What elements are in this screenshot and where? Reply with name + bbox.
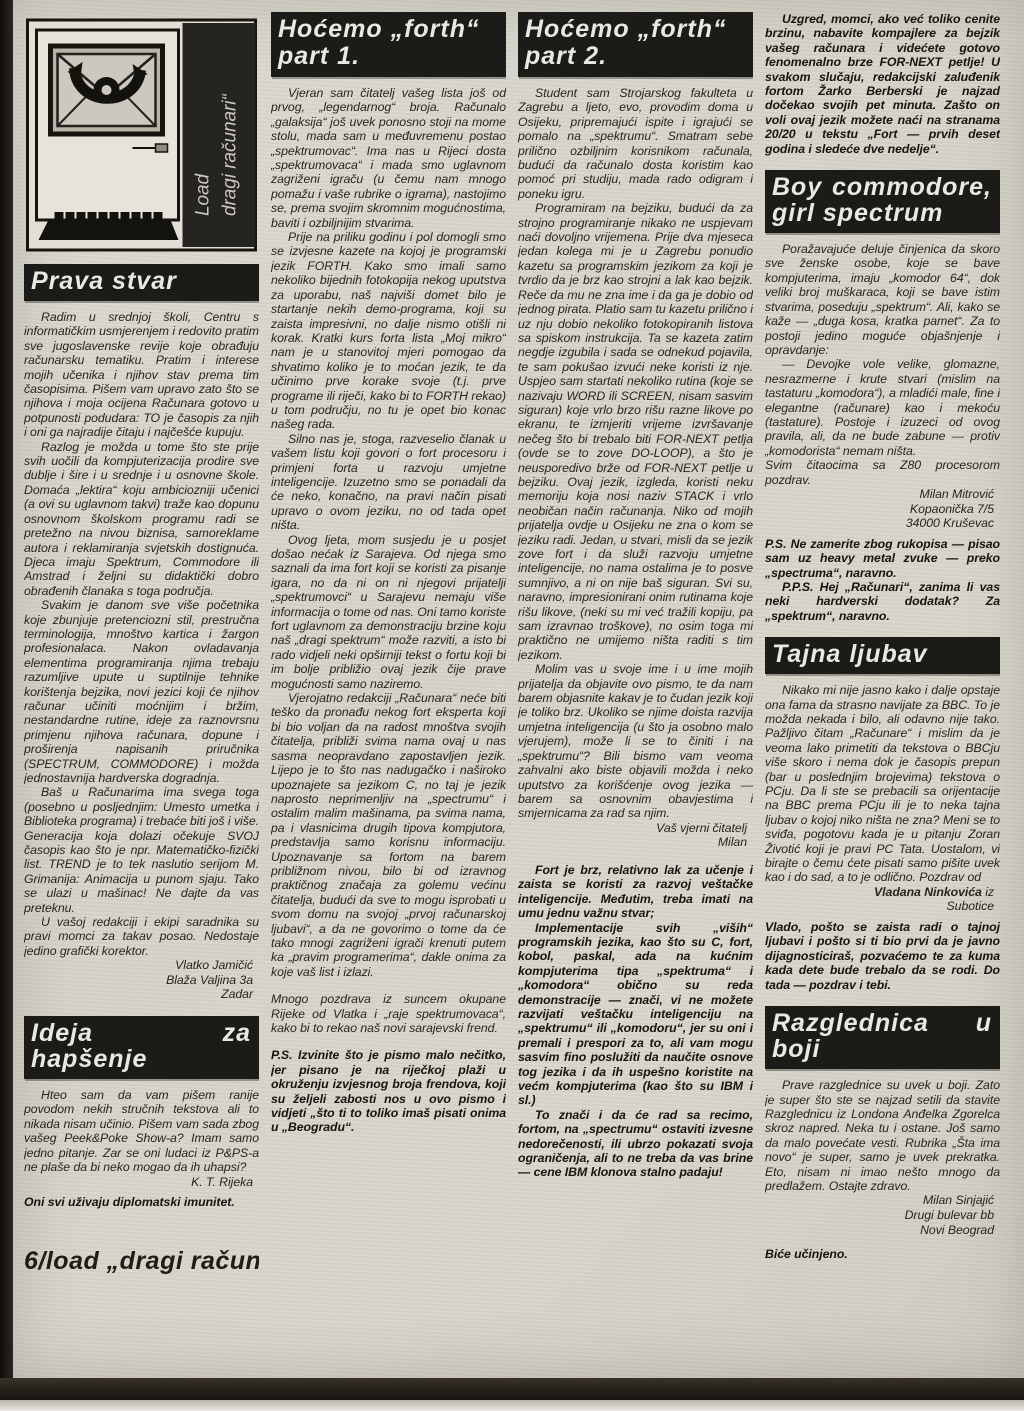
paragraph: Mnogo pozdrava iz suncem okupane Rijeke … (271, 992, 506, 1035)
postscript: P.S. Ne zamerite zbog rukopisa — pisao s… (765, 537, 1000, 580)
paragraph: Hteo sam da vam pišem ranije povodom nek… (24, 1088, 259, 1174)
column-1: Load dragi računari“ (24, 12, 259, 1368)
headline-boy-commodore-girl-spectrum: Boy commodore, girl spectrum (765, 170, 1000, 233)
signature-line: Blaža Valjina 3a (24, 973, 253, 988)
paragraph: Radim u srednjoj školi, Centru s informa… (24, 310, 259, 440)
illustration-caption-line2: dragi računari“ (220, 93, 241, 216)
editor-intro: Uzgred, momci, ako već toliko cenite brz… (765, 12, 1000, 156)
paragraph: Molim vas u svoje ime i u ime mojih prij… (518, 662, 753, 820)
paragraph: Nikako mi nije jasno kako i dalje opstaj… (765, 683, 1000, 885)
editor-reply: Vlado, pošto se zaista radi o tajnoj lju… (765, 920, 1000, 992)
signature-block: Milan Mitrović Kopaonička 7/5 34000 Kruš… (765, 487, 1000, 531)
illustration-caption-line1: Load (193, 172, 214, 216)
signature-line: Vaš vjerni čitatelj (518, 821, 747, 836)
headline-hocemo-forth-part-1: Hoćemo „forth“ part 1. (271, 12, 506, 77)
paragraph: Vjerojatno redakciji „Računara“ neće bit… (271, 691, 506, 979)
scan-light-strip-bottom (0, 1400, 1024, 1411)
paragraph: Svim čitaocima sa Z80 procesorom pozdrav… (765, 458, 1000, 487)
signature-block: Vlatko Jamičić Blaža Valjina 3a Zadar (24, 958, 259, 1002)
headline-line: Hoćemo „forth“ (278, 16, 498, 43)
magazine-page-scan: { "illustration": { "caption_line1": "Lo… (0, 0, 1024, 1411)
signature-line: Vladana Ninkovića iz (765, 885, 994, 900)
signature-suffix: iz (982, 885, 994, 899)
paragraph: Student sam Strojarskog fakulteta u Zagr… (518, 86, 753, 201)
headline-line: part 2. (525, 43, 745, 70)
signature-line: Kopaonička 7/5 (765, 502, 994, 517)
column-4: Uzgred, momci, ako već toliko cenite brz… (765, 12, 1000, 1368)
signature-line: Subotice (765, 899, 994, 914)
letters-page-columns: Load dragi računari“ (24, 12, 1000, 1368)
headline-line: part 1. (278, 43, 498, 70)
signature-block: Vladana Ninkovića iz Subotice (765, 885, 1000, 914)
paragraph: Svakim je danom sve više početnika koje … (24, 598, 259, 785)
signature-block: Milan Sinjajić Drugi bulevar bb Novi Beo… (765, 1193, 1000, 1237)
headline-prava-stvar: Prava stvar (24, 264, 259, 301)
editor-reply: To znači i da će rad sa recimo, fortom, … (518, 1108, 753, 1180)
column-3: Hoćemo „forth“ part 2. Student sam Stroj… (518, 12, 753, 1368)
scan-dark-edge-bottom (0, 1378, 1024, 1400)
paragraph: Prave razglednice su uvek u boji. Zato j… (765, 1078, 1000, 1193)
paragraph: Programiram na bejziku, budući da za str… (518, 201, 753, 662)
signature-line: Milan Sinjajić (765, 1193, 994, 1208)
headline-tajna-ljubav: Tajna ljubav (765, 637, 1000, 674)
signature-line: Novi Beograd (765, 1223, 994, 1238)
paragraph: Razlog je možda u tome što ste prije svi… (24, 440, 259, 598)
scan-dark-edge-left (0, 0, 13, 1392)
postscript: P.S. Izvinite što je pismo malo nečitko,… (271, 1048, 506, 1134)
postscript: P.P.S. Hej „Računari“, zanima li vas nek… (765, 580, 1000, 623)
paragraph: Silno nas je, stoga, razveselio članak u… (271, 432, 506, 533)
signature-line: Milan Mitrović (765, 487, 994, 502)
paragraph: Vjeran sam čitatelj vašeg lista još od p… (271, 86, 506, 230)
computer-illustration: Load dragi računari“ (24, 16, 259, 254)
editor-reply: Oni svi uživaju diplomatski imunitet. (24, 1195, 259, 1209)
signature-line: Vlatko Jamičić (24, 958, 253, 973)
headline-ideja-za-hapsenje: Ideja za hapšenje (24, 1016, 259, 1079)
signature-name: Vladana Ninkovića (874, 885, 982, 899)
paragraph: Prije na priliku godinu i pol domogli sm… (271, 230, 506, 432)
signature-block: Vaš vjerni čitatelj Milan (518, 821, 753, 850)
editor-reply: Biće učinjeno. (765, 1247, 1000, 1261)
signature-line: 34000 Kruševac (765, 516, 994, 531)
paragraph: Ovog ljeta, mom susjedu je u posjet doša… (271, 533, 506, 691)
paragraph: Poražavajuće deluje činjenica da skoro s… (765, 242, 1000, 357)
headline-razglednica-u-boji: Razglednica u boji (765, 1006, 1000, 1069)
editor-reply: Implementacije svih „viših“ programskih … (518, 921, 753, 1108)
paragraph: — Devojke vole velike, glomazne, nesrazm… (765, 357, 1000, 458)
editor-reply: Fort je brz, relativno lak za učenje i z… (518, 863, 753, 921)
paragraph: Baš u Računarima ima svega toga (posebno… (24, 785, 259, 915)
signature-line: K. T. Rijeka (24, 1175, 259, 1190)
signature-line: Zadar (24, 987, 253, 1002)
headline-hocemo-forth-part-2: Hoćemo „forth“ part 2. (518, 12, 753, 77)
column-2: Hoćemo „forth“ part 1. Vjeran sam čitate… (271, 12, 506, 1368)
page-masthead: 6/load „dragi računari“ (24, 1254, 259, 1268)
signature-line: Drugi bulevar bb (765, 1208, 994, 1223)
signature-line: Milan (518, 835, 747, 850)
headline-line: Hoćemo „forth“ (525, 16, 745, 43)
paragraph: U vašoj redakciji i ekipi saradnika su p… (24, 915, 259, 958)
